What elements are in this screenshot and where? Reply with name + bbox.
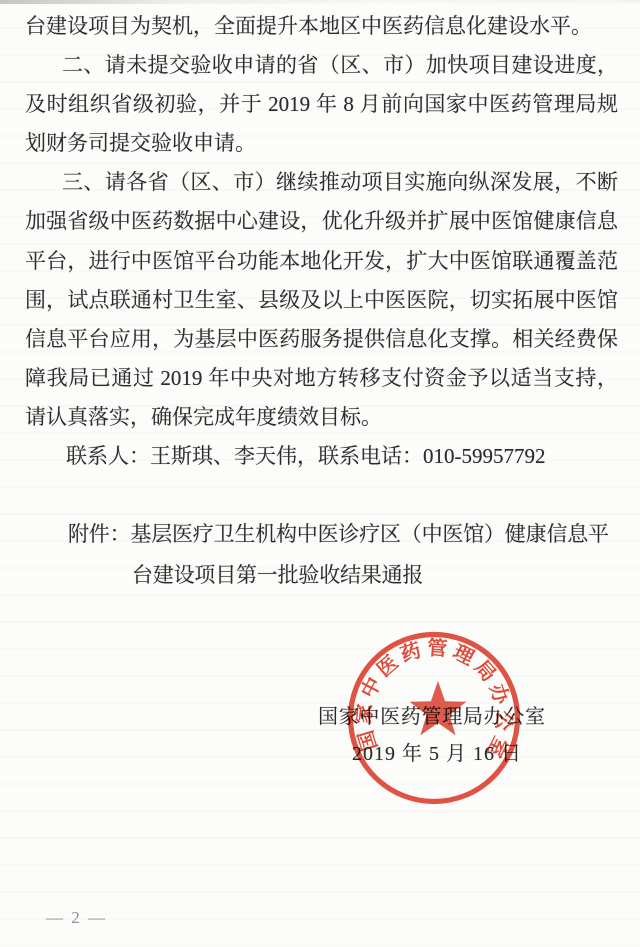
page-number: — 2 — (46, 908, 107, 928)
body-line: 信息平台应用，为基层中医药服务提供信息化支撑。相关经费保 (25, 320, 618, 359)
scan-smudge (0, 0, 640, 4)
body-line: 障我局已通过 2019 年中央对地方转移支付资金予以适当支持， (25, 359, 618, 398)
body-line: 台建设项目为契机，全面提升本地区中医药信息化建设水平。 (25, 7, 618, 46)
body-line: 加强省级中医药数据中心建设，优化升级并扩展中医馆健康信息 (25, 202, 618, 241)
contact-line: 联系人：王斯琪、李天伟，联系电话：010-59957792 (25, 437, 618, 476)
scanned-document-page: 台建设项目为契机，全面提升本地区中医药信息化建设水平。 二、请未提交验收申请的省… (0, 0, 640, 947)
document-body: 台建设项目为契机，全面提升本地区中医药信息化建设水平。 二、请未提交验收申请的省… (25, 7, 618, 476)
body-line: 三、请各省（区、市）继续推动项目实施向纵深发展，不断 (25, 163, 618, 202)
official-seal-stamp: 国家中医药管理局办公室 (344, 628, 524, 808)
body-line: 及时组织省级初验，并于 2019 年 8 月前向国家中医药管理局规 (25, 85, 618, 124)
body-line: 围，试点联通村卫生室、县级及以上中医医院，切实拓展中医馆 (25, 281, 618, 320)
body-line: 平台，进行中医馆平台功能本地化开发，扩大中医馆联通覆盖范 (25, 242, 618, 281)
attachment-line-1: 附件：基层医疗卫生机构中医诊疗区（中医馆）健康信息平 (68, 522, 609, 546)
seal-star-icon (410, 681, 467, 735)
attachment-line-2: 台建设项目第一批验收结果通报 (132, 563, 423, 587)
body-line: 请认真落实，确保完成年度绩效目标。 (25, 398, 618, 437)
body-line: 划财务司提交验收申请。 (25, 124, 618, 163)
body-line: 二、请未提交验收申请的省（区、市）加快项目建设进度， (25, 46, 618, 85)
